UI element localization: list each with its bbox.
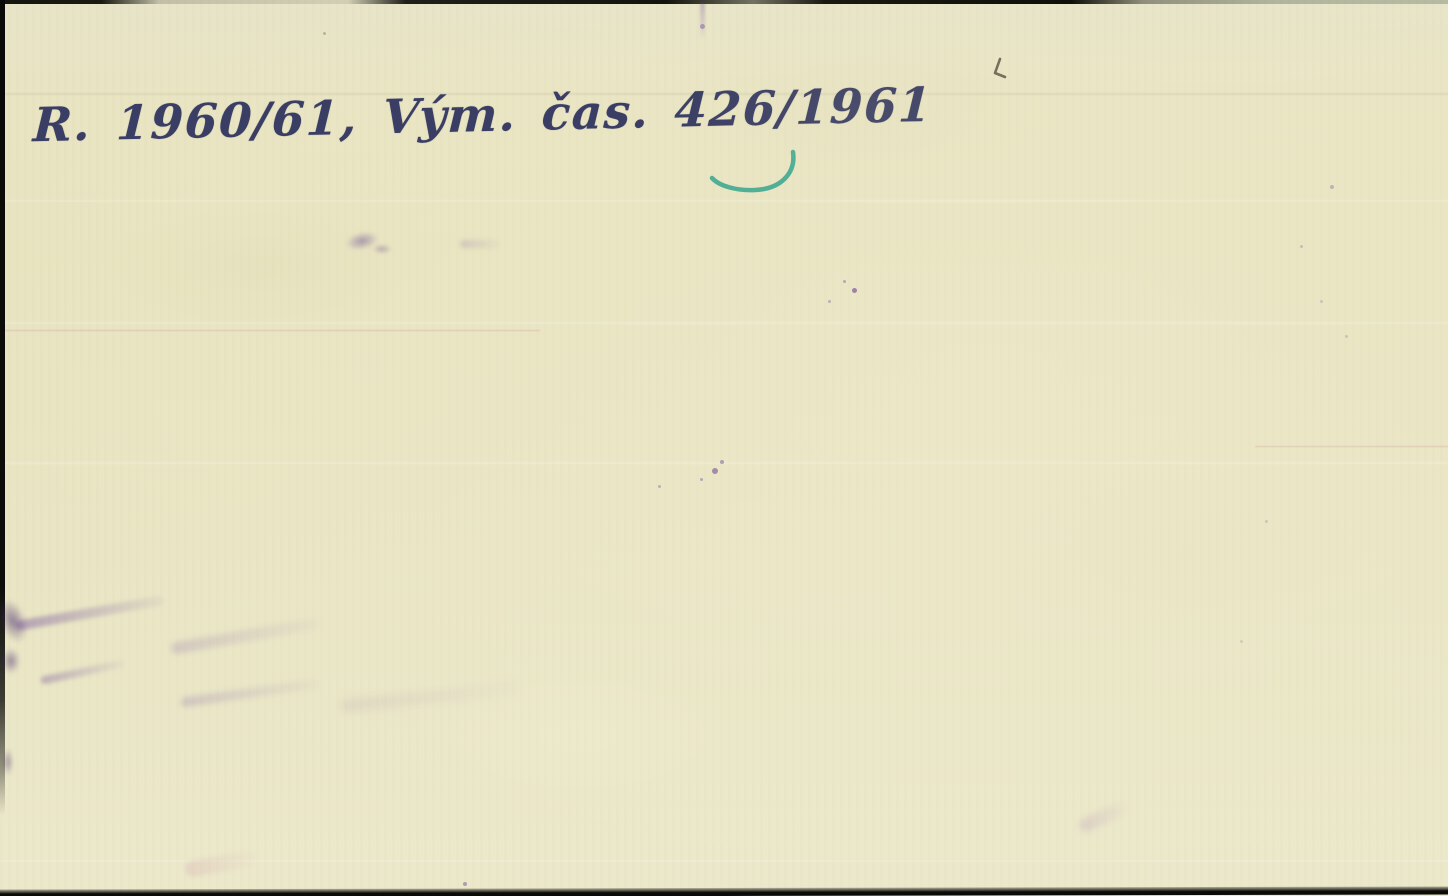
pencil-mark-icon [990, 56, 1014, 84]
scan-edge-bottom [0, 886, 1448, 896]
ink-speck [1320, 300, 1323, 303]
ink-speck [658, 485, 661, 488]
scan-edge-left [0, 0, 5, 815]
ink-speck [1330, 185, 1334, 189]
scanned-index-card: R. 1960/61, Vým. čas. 426/1961 [0, 0, 1448, 896]
purple-smudge [170, 617, 320, 655]
purple-smudge [1077, 800, 1128, 834]
ink-speck [700, 24, 705, 29]
purple-blotch [344, 229, 381, 254]
ink-speck [720, 460, 724, 464]
purple-smudge [15, 595, 164, 631]
teal-checkmark-icon [695, 135, 815, 210]
purple-smudge [40, 659, 125, 684]
ink-speck [1265, 520, 1268, 523]
purple-smudge [700, 2, 705, 38]
ink-speck [1240, 640, 1243, 643]
ink-speck [828, 300, 831, 303]
scan-band [0, 860, 1448, 862]
ink-speck [712, 468, 718, 474]
ink-speck [852, 288, 857, 293]
pink-smudge [184, 850, 256, 878]
ink-speck [1300, 245, 1303, 248]
scan-band [0, 322, 1448, 324]
scan-band [0, 462, 1448, 464]
purple-blotch [372, 244, 392, 254]
dust-speck [323, 32, 326, 35]
purple-smudge [180, 678, 320, 707]
ink-speck [843, 280, 846, 283]
purple-smudge [340, 681, 520, 714]
ink-speck [463, 882, 467, 886]
faint-ruled-line [0, 330, 540, 331]
scan-edge-top [0, 0, 1448, 4]
ink-speck [1345, 335, 1348, 338]
purple-smudge [460, 240, 500, 248]
faint-ruled-line [1255, 446, 1448, 447]
ink-speck [700, 478, 703, 481]
